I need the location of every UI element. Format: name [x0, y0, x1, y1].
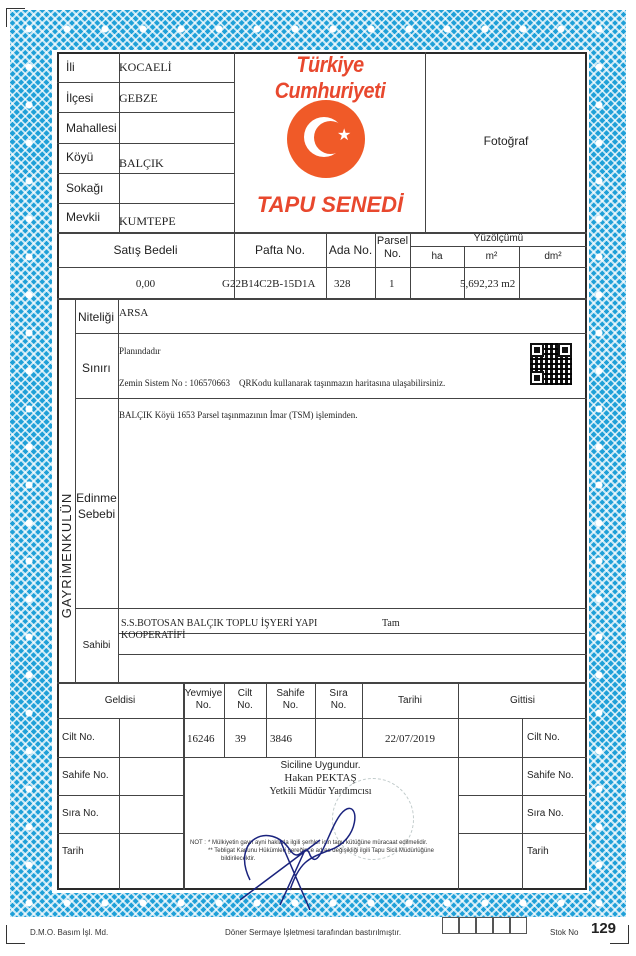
street-label: Sokağı	[66, 181, 103, 195]
owner-line-2: KOOPERATİFİ	[121, 630, 185, 641]
crescent-star-icon: ★	[287, 100, 365, 178]
journal-no-header: YevmiyeNo.	[183, 688, 224, 712]
stock-number: 129	[591, 920, 616, 937]
acquisition-label-line-2: Sebebi	[75, 506, 118, 522]
went-to-header: Gittisi	[458, 695, 587, 706]
row-line	[57, 82, 234, 83]
printed-by: Döner Sermaye İşletmesi tarafından bastı…	[225, 928, 401, 937]
left-volume-label: Cilt No.	[62, 732, 95, 743]
journal-no-value: 16246	[187, 733, 215, 745]
boundary-label: Sınırı	[82, 361, 111, 375]
right-date-label: Tarih	[527, 846, 549, 857]
neighborhood-label: Mahallesi	[66, 121, 117, 135]
page-no-value: 3846	[270, 733, 292, 745]
left-page-label: Sahife No.	[62, 770, 109, 781]
printer-name: D.M.O. Basım İşl. Md.	[30, 928, 108, 937]
volume-no-header: CiltNo.	[224, 688, 266, 712]
boundary-line-2: Zemin Sistem No : 106570663 QRKodu kulla…	[119, 378, 445, 388]
district-value: GEBZE	[119, 91, 158, 106]
dm2-header: dm²	[519, 251, 587, 262]
owner-line-1: S.S.BOTOSAN BALÇIK TOPLU İŞYERİ YAPI	[121, 618, 317, 629]
locality-value: KUMTEPE	[119, 214, 176, 229]
stock-box	[476, 917, 493, 934]
left-order-label: Sıra No.	[62, 808, 99, 819]
stock-label: Stok No	[550, 928, 578, 937]
note-2: ** Tebligat Kanunu Hükümleri gereğince a…	[208, 847, 434, 855]
row-line	[183, 757, 458, 758]
locality-label: Mevkii	[66, 210, 100, 224]
left-date-label: Tarih	[62, 846, 84, 857]
row-line	[57, 173, 234, 174]
right-order-label: Sıra No.	[527, 808, 564, 819]
location-divider	[119, 52, 120, 232]
notes-prefix: NOT :	[190, 839, 206, 847]
section-line	[57, 267, 587, 268]
parcel-no-value: 1	[389, 278, 395, 290]
row-line	[75, 608, 587, 609]
block-no-header: Ada No.	[326, 243, 375, 257]
owner-line	[118, 654, 587, 655]
acquisition-label: Edinme Sebebi	[75, 490, 118, 522]
province-label: İli	[66, 60, 75, 74]
boundary-line-1: Planındadır	[119, 346, 161, 356]
sale-price-value: 0,00	[57, 278, 234, 290]
col-line	[362, 682, 363, 757]
col-line	[458, 682, 459, 890]
row-line	[57, 112, 234, 113]
came-from-header: Geldisi	[57, 695, 183, 706]
stock-box	[442, 917, 459, 934]
certification-title: Yetkili Müdür Yardımcısı	[183, 786, 458, 797]
area-subheader-line	[410, 246, 587, 247]
certification-line-1: Siciline Uygundur.	[183, 760, 458, 771]
stock-box	[459, 917, 476, 934]
nature-label: Niteliği	[78, 310, 114, 324]
row-line	[75, 398, 587, 399]
row-line	[57, 718, 587, 719]
sheet-no-value: G22B14C2B-15D1A	[222, 278, 316, 290]
section-line	[57, 682, 587, 684]
document-title: TAPU SENEDİ	[235, 192, 425, 218]
col-line	[119, 718, 120, 890]
right-volume-label: Cilt No.	[527, 732, 560, 743]
note-3: bildirilecektir.	[221, 855, 255, 863]
ha-header: ha	[410, 251, 464, 262]
owner-line	[118, 633, 587, 634]
row-line	[75, 333, 587, 334]
m2-value: 5,692,23 m2	[460, 278, 515, 290]
owner-share: Tam	[382, 618, 400, 629]
block-no-value: 328	[334, 278, 351, 290]
order-no-header: SıraNo.	[315, 688, 362, 712]
date-header: Tarihi	[362, 695, 458, 706]
sheet-no-header: Pafta No.	[234, 243, 326, 257]
col-line	[326, 232, 327, 298]
note-1: * Mülkiyetin gayri ayni haklarla ilgili …	[208, 839, 427, 847]
row-line	[57, 203, 234, 204]
acquisition-label-line-1: Edinme	[75, 490, 118, 506]
right-page-label: Sahife No.	[527, 770, 574, 781]
page-no-header: SahifeNo.	[266, 688, 315, 712]
property-side-title-text: GAYRİMENKULÜN	[60, 492, 75, 617]
volume-no-value: 39	[235, 733, 246, 745]
qr-code-icon[interactable]	[530, 343, 572, 385]
village-value: BALÇIK	[119, 156, 164, 171]
sale-price-header: Satış Bedeli	[57, 243, 234, 257]
section-line	[57, 298, 587, 300]
owner-label: Sahibi	[75, 640, 118, 651]
district-label: İlçesi	[66, 91, 93, 105]
province-value: KOCAELİ	[119, 60, 172, 75]
stock-box	[493, 917, 510, 934]
village-label: Köyü	[66, 150, 93, 164]
nature-value: ARSA	[119, 307, 148, 319]
republic-title: Türkiye Cumhuriyeti	[245, 52, 416, 104]
m2-header: m²	[464, 251, 519, 262]
parcel-no-header: Parsel No.	[375, 235, 410, 261]
row-line	[57, 143, 234, 144]
row-line	[57, 795, 183, 796]
photo-placeholder: Fotoğraf	[425, 134, 587, 148]
certification-signer: Hakan PEKTAŞ	[183, 772, 458, 784]
acquisition-value: BALÇIK Köyü 1653 Parsel taşınmazının İma…	[119, 410, 357, 420]
row-line	[57, 833, 183, 834]
crop-mark-bottom-left	[6, 925, 25, 944]
date-value: 22/07/2019	[362, 733, 458, 745]
col-line	[522, 718, 523, 890]
stock-box	[510, 917, 527, 934]
area-header: Yüzölçümü	[410, 233, 587, 244]
row-line	[57, 757, 183, 758]
